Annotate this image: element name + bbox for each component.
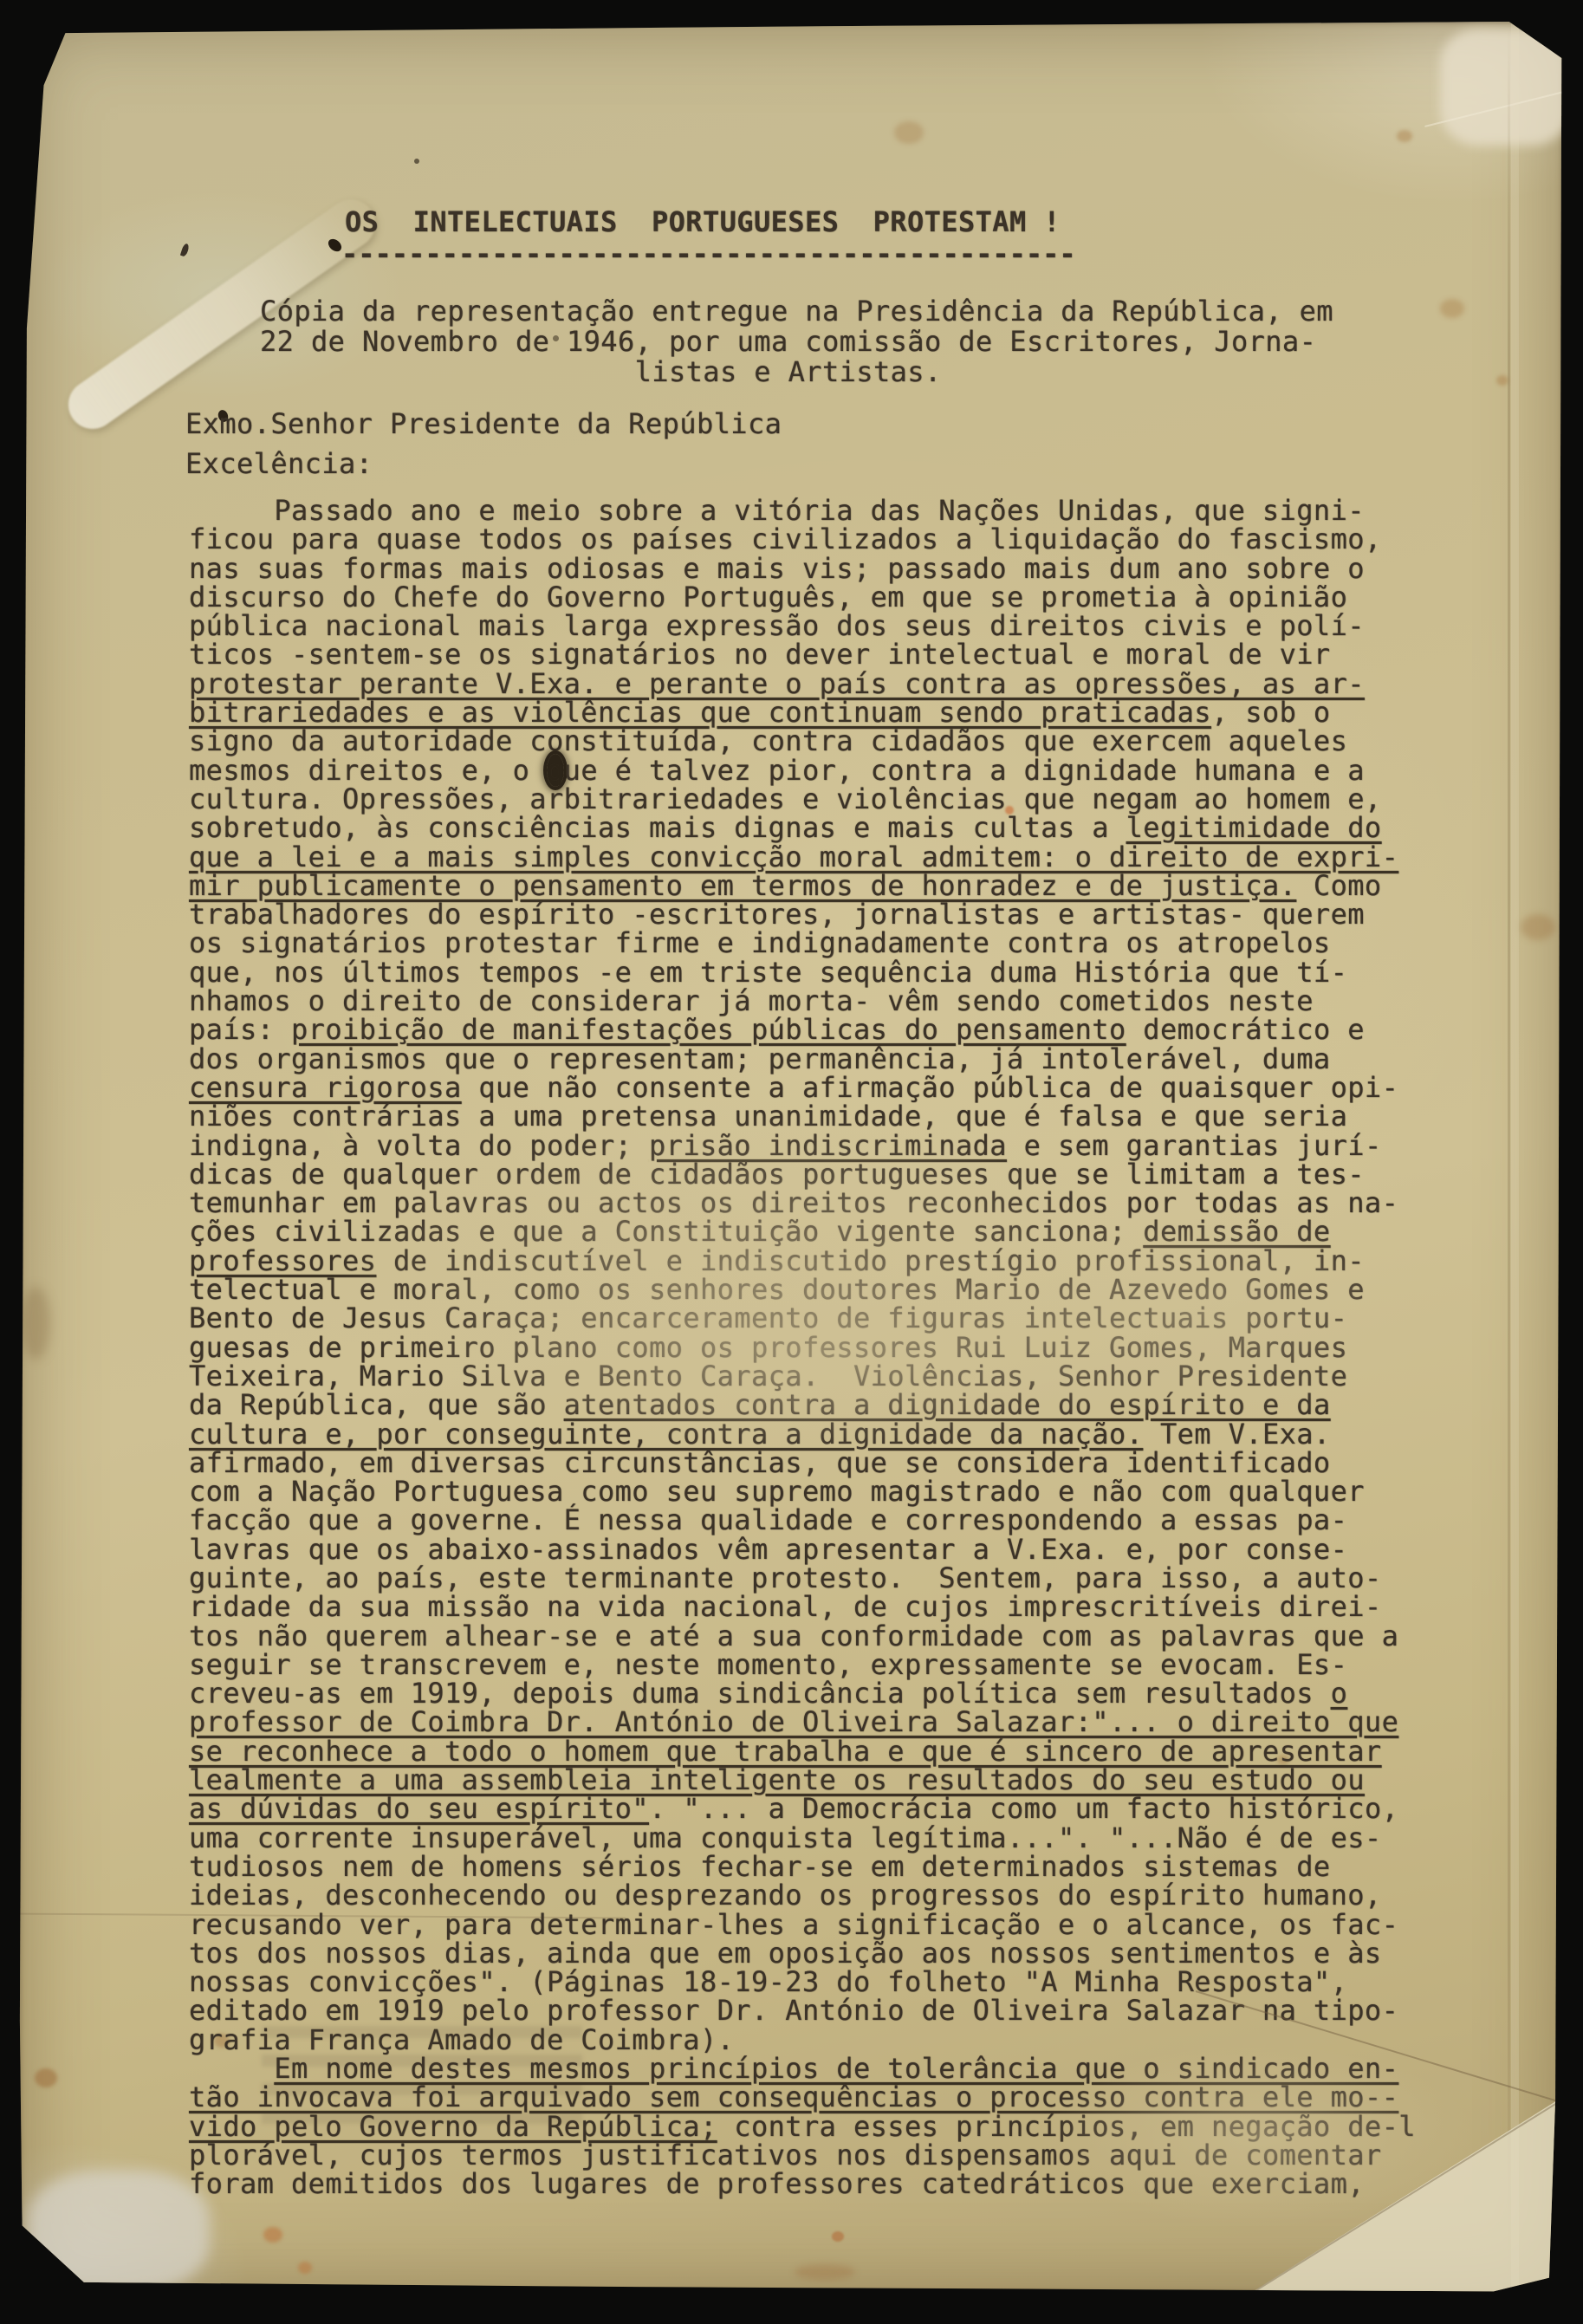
corner-crease-patch — [1440, 29, 1570, 146]
subtitle-line: listas e Artistas. — [260, 357, 1333, 387]
body-line: ficou para quase todos os países civiliz… — [189, 525, 1416, 554]
body-line: lavras que os abaixo-assinados vêm apres… — [189, 1535, 1416, 1564]
fox-stain — [795, 2264, 855, 2280]
fox-stain — [1521, 914, 1555, 940]
document-page: OS INTELECTUAIS PORTUGUESES PROTESTAM ! … — [19, 22, 1563, 2294]
greeting-line: Excelência: — [185, 450, 373, 478]
body-line: telectual e moral, como os senhores dout… — [189, 1276, 1416, 1304]
body-line: tos não querem alhear-se e até a sua con… — [189, 1622, 1416, 1651]
body-line: ideias, desconhecendo ou desprezando os … — [189, 1881, 1416, 1910]
body-line: pública nacional mais larga expressão do… — [189, 612, 1416, 640]
corner-crease-line — [1424, 91, 1564, 127]
body-line: lealmente a uma assembleia inteligente o… — [189, 1766, 1416, 1795]
document-subtitle: Cópia da representação entregue na Presi… — [260, 296, 1333, 387]
body-line: temunhar em palavras ou actos os direito… — [189, 1189, 1416, 1217]
fox-stain — [894, 121, 924, 144]
fox-stain — [35, 2068, 57, 2087]
fox-stain — [1496, 375, 1508, 386]
body-line: tos dos nossos dias, ainda que em oposiç… — [189, 1939, 1416, 1968]
body-line: ridade da sua missão na vida nacional, d… — [189, 1593, 1416, 1621]
body-line: dos organismos que o representam; perman… — [189, 1045, 1416, 1074]
body-line: bitrariedades e as violências que contin… — [189, 698, 1416, 727]
body-line: tudiosos nem de homens sérios fechar-se … — [189, 1853, 1416, 1881]
body-line: que, nos últimos tempos -e em triste seq… — [189, 958, 1416, 987]
stray-ink-mark — [180, 243, 190, 256]
salutation-line: Exmo.Senhor Presidente da República — [185, 410, 782, 438]
body-line: protestar perante V.Exa. e perante o paí… — [189, 670, 1416, 698]
body-line: nossas convicções". (Páginas 18-19-23 do… — [189, 1968, 1416, 1996]
vertical-fold-line — [1508, 22, 1510, 2294]
body-line: vido pelo Governo da República; contra e… — [189, 2113, 1416, 2141]
body-line: os signatários protestar firme e indigna… — [189, 929, 1416, 958]
body-line: afirmado, em diversas circunstâncias, qu… — [189, 1449, 1416, 1477]
body-line: mesmos direitos e, o que é talvez pior, … — [189, 756, 1416, 785]
body-line: facção que a governe. É nessa qualidade … — [189, 1506, 1416, 1535]
stray-ink-dot — [414, 159, 419, 164]
body-line: professores de indiscutível e indiscutid… — [189, 1247, 1416, 1276]
body-line: niões contrárias a uma pretensa unanimid… — [189, 1102, 1416, 1131]
edge-stain — [21, 1287, 50, 1360]
body-line: nhamos o direito de considerar já morta-… — [189, 987, 1416, 1016]
corner-wear-patch — [28, 2171, 210, 2292]
fox-stain — [832, 2231, 844, 2242]
body-line: da República, que são atentados contra a… — [189, 1391, 1416, 1419]
vertical-fold-highlight — [1511, 22, 1519, 2294]
title-underline-rule: ----------------------------------------… — [341, 240, 1076, 269]
body-line: guesas de primeiro plano como os profess… — [189, 1334, 1416, 1362]
body-line: sobretudo, às consciências mais dignas e… — [189, 814, 1416, 842]
body-line: com a Nação Portuguesa como seu supremo … — [189, 1477, 1416, 1506]
scanner-background: OS INTELECTUAIS PORTUGUESES PROTESTAM ! … — [0, 0, 1583, 2324]
body-text: Passado ano e meio sobre a vitória das N… — [189, 497, 1416, 2199]
body-line: mir publicamente o pensamento em termos … — [189, 872, 1416, 900]
subtitle-line: Cópia da representação entregue na Presi… — [260, 296, 1333, 327]
body-line: cultura. Opressões, arbitrariedades e vi… — [189, 785, 1416, 814]
fox-stain — [263, 2227, 282, 2243]
body-line: se reconhece a todo o homem que trabalha… — [189, 1737, 1416, 1766]
body-line: uma corrente insuperável, uma conquista … — [189, 1824, 1416, 1853]
subtitle-line: 22 de Novembro de 1946, por uma comissão… — [260, 327, 1333, 357]
body-line: trabalhadores do espírito -escritores, j… — [189, 900, 1416, 929]
body-line: nas suas formas mais odiosas e mais vis;… — [189, 555, 1416, 583]
body-line: editado em 1919 pelo professor Dr. Antón… — [189, 1996, 1416, 2025]
body-line: cultura e, por conseguinte, contra a dig… — [189, 1420, 1416, 1449]
body-line: discurso do Chefe do Governo Português, … — [189, 583, 1416, 612]
body-line: grafia França Amado de Coimbra). — [189, 2026, 1416, 2055]
fox-stain — [298, 2262, 312, 2274]
body-line: seguir se transcrevem e, neste momento, … — [189, 1651, 1416, 1679]
body-line: tão invocava foi arquivado sem consequên… — [189, 2083, 1416, 2112]
body-line: Passado ano e meio sobre a vitória das N… — [189, 497, 1416, 525]
body-line: país: proibição de manifestações pública… — [189, 1016, 1416, 1044]
fox-stain — [1440, 299, 1464, 318]
body-line: indigna, à volta do poder; prisão indisc… — [189, 1132, 1416, 1160]
fox-stain — [1397, 130, 1412, 142]
body-line: ticos -sentem-se os signatários no dever… — [189, 640, 1416, 669]
body-line: guinte, ao país, este terminante protest… — [189, 1564, 1416, 1593]
body-line: Em nome destes mesmos princípios de tole… — [189, 2055, 1416, 2083]
body-line: dicas de qualquer ordem de cidadãos port… — [189, 1160, 1416, 1189]
body-line: signo da autoridade constituída, contra … — [189, 727, 1416, 756]
body-line: censura rigorosa que não consente a afir… — [189, 1074, 1416, 1102]
body-line: creveu-as em 1919, depois duma sindicânc… — [189, 1679, 1416, 1708]
body-line: Bento de Jesus Caraça; encarceramento de… — [189, 1304, 1416, 1333]
ink-blot: q — [547, 754, 564, 787]
body-line: ções civilizadas e que a Constituição vi… — [189, 1217, 1416, 1246]
body-line: as dúvidas do seu espírito". "... a Demo… — [189, 1795, 1416, 1823]
body-line: professor de Coimbra Dr. António de Oliv… — [189, 1708, 1416, 1737]
body-line: foram demitidos dos lugares de professor… — [189, 2170, 1416, 2198]
document-title: OS INTELECTUAIS PORTUGUESES PROTESTAM ! — [345, 208, 1061, 237]
body-line: Teixeira, Mario Silva e Bento Caraça. Vi… — [189, 1362, 1416, 1391]
body-line: que a lei e a mais simples convicção mor… — [189, 843, 1416, 872]
body-line: plorável, cujos termos justificativos no… — [189, 2141, 1416, 2170]
body-line: recusando ver, para determinar-lhes a si… — [189, 1911, 1416, 1939]
